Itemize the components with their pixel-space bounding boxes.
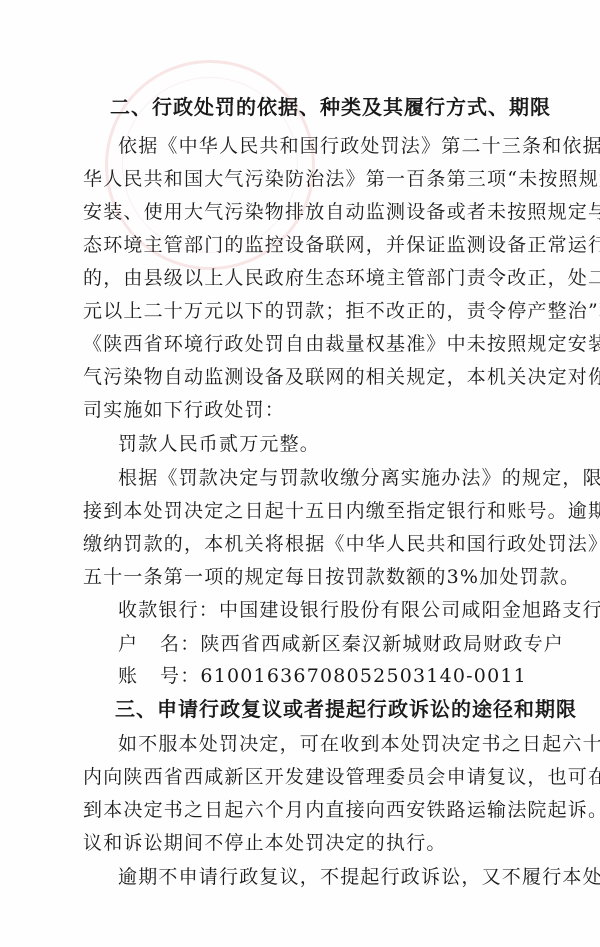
account-name-label-1: 户 — [118, 632, 160, 656]
account-name-value: 陕西省西咸新区秦汉新城财政局财政专户 — [200, 633, 564, 655]
paragraph-line: 依据《中华人民共和国行政处罚法》第二十三条和依据《中 — [118, 134, 523, 158]
paragraph-line: 《陕西省环境行政处罚自由裁量权基准》中未按照规定安装大 — [83, 332, 523, 356]
bank-label: 收款银行： — [118, 599, 219, 621]
paragraph-line: 的，由县级以上人民政府生态环境主管部门责令改正，处二万 — [83, 266, 523, 290]
paragraph-line: 华人民共和国大气污染防治法》第一百条第三项“未按照规定 — [83, 167, 523, 191]
account-name-row: 户名：陕西省西咸新区秦汉新城财政局财政专户 — [118, 632, 523, 656]
account-name-label-2: 名： — [160, 633, 200, 655]
paragraph-line: 气污染物自动监测设备及联网的相关规定，本机关决定对你公 — [83, 365, 523, 389]
paragraph-line: 接到本处罚决定之日起十五日内缴至指定银行和账号。逾期不 — [83, 499, 523, 523]
paragraph-line: 安装、使用大气污染物排放自动监测设备或者未按照规定与生 — [83, 200, 523, 224]
paragraph-line: 五十一条第一项的规定每日按罚款数额的3%加处罚款。 — [83, 565, 523, 589]
paragraph-line: 根据《罚款决定与罚款收缴分离实施办法》的规定，限于 — [118, 466, 523, 490]
paragraph-line: 缴纳罚款的，本机关将根据《中华人民共和国行政处罚法》第 — [83, 532, 523, 556]
document-page: 二、行政处罚的依据、种类及其履行方式、期限 依据《中华人民共和国行政处罚法》第二… — [0, 0, 600, 947]
paragraph-line: 司实施如下行政处罚： — [83, 398, 523, 422]
paragraph-line: 到本决定书之日起六个月内直接向西安铁路运输法院起诉。复 — [83, 798, 523, 822]
paragraph-line: 逾期不申请行政复议，不提起行政诉讼，又不履行本处罚 — [118, 865, 523, 889]
penalty-amount: 罚款人民币贰万元整。 — [118, 432, 523, 456]
paragraph-line: 议和诉讼期间不停止本处罚决定的执行。 — [83, 831, 523, 855]
paragraph-line: 如不服本处罚决定，可在收到本处罚决定书之日起六十日 — [118, 732, 523, 756]
bank-value: 中国建设银行股份有限公司咸阳金旭路支行 — [219, 599, 600, 621]
account-number-label-2: 号： — [160, 665, 200, 687]
paragraph-line: 态环境主管部门的监控设备联网，并保证监测设备正常运行 — [83, 233, 523, 257]
account-number-row: 账号：61001636708052503140-0011 — [118, 664, 523, 688]
paragraph-line: 内向陕西省西咸新区开发建设管理委员会申请复议，也可在收 — [83, 765, 523, 789]
account-number-label-1: 账 — [118, 664, 160, 688]
section-3-heading: 三、申请行政复议或者提起行政诉讼的途径和期限 — [115, 697, 555, 721]
account-number-value: 61001636708052503140-0011 — [200, 665, 527, 687]
section-2-heading: 二、行政处罚的依据、种类及其履行方式、期限 — [110, 95, 550, 119]
bank-row: 收款银行：中国建设银行股份有限公司咸阳金旭路支行 — [118, 598, 523, 622]
paragraph-line: 元以上二十万元以下的罚款；拒不改正的，责令停产整治”和 — [83, 299, 523, 323]
